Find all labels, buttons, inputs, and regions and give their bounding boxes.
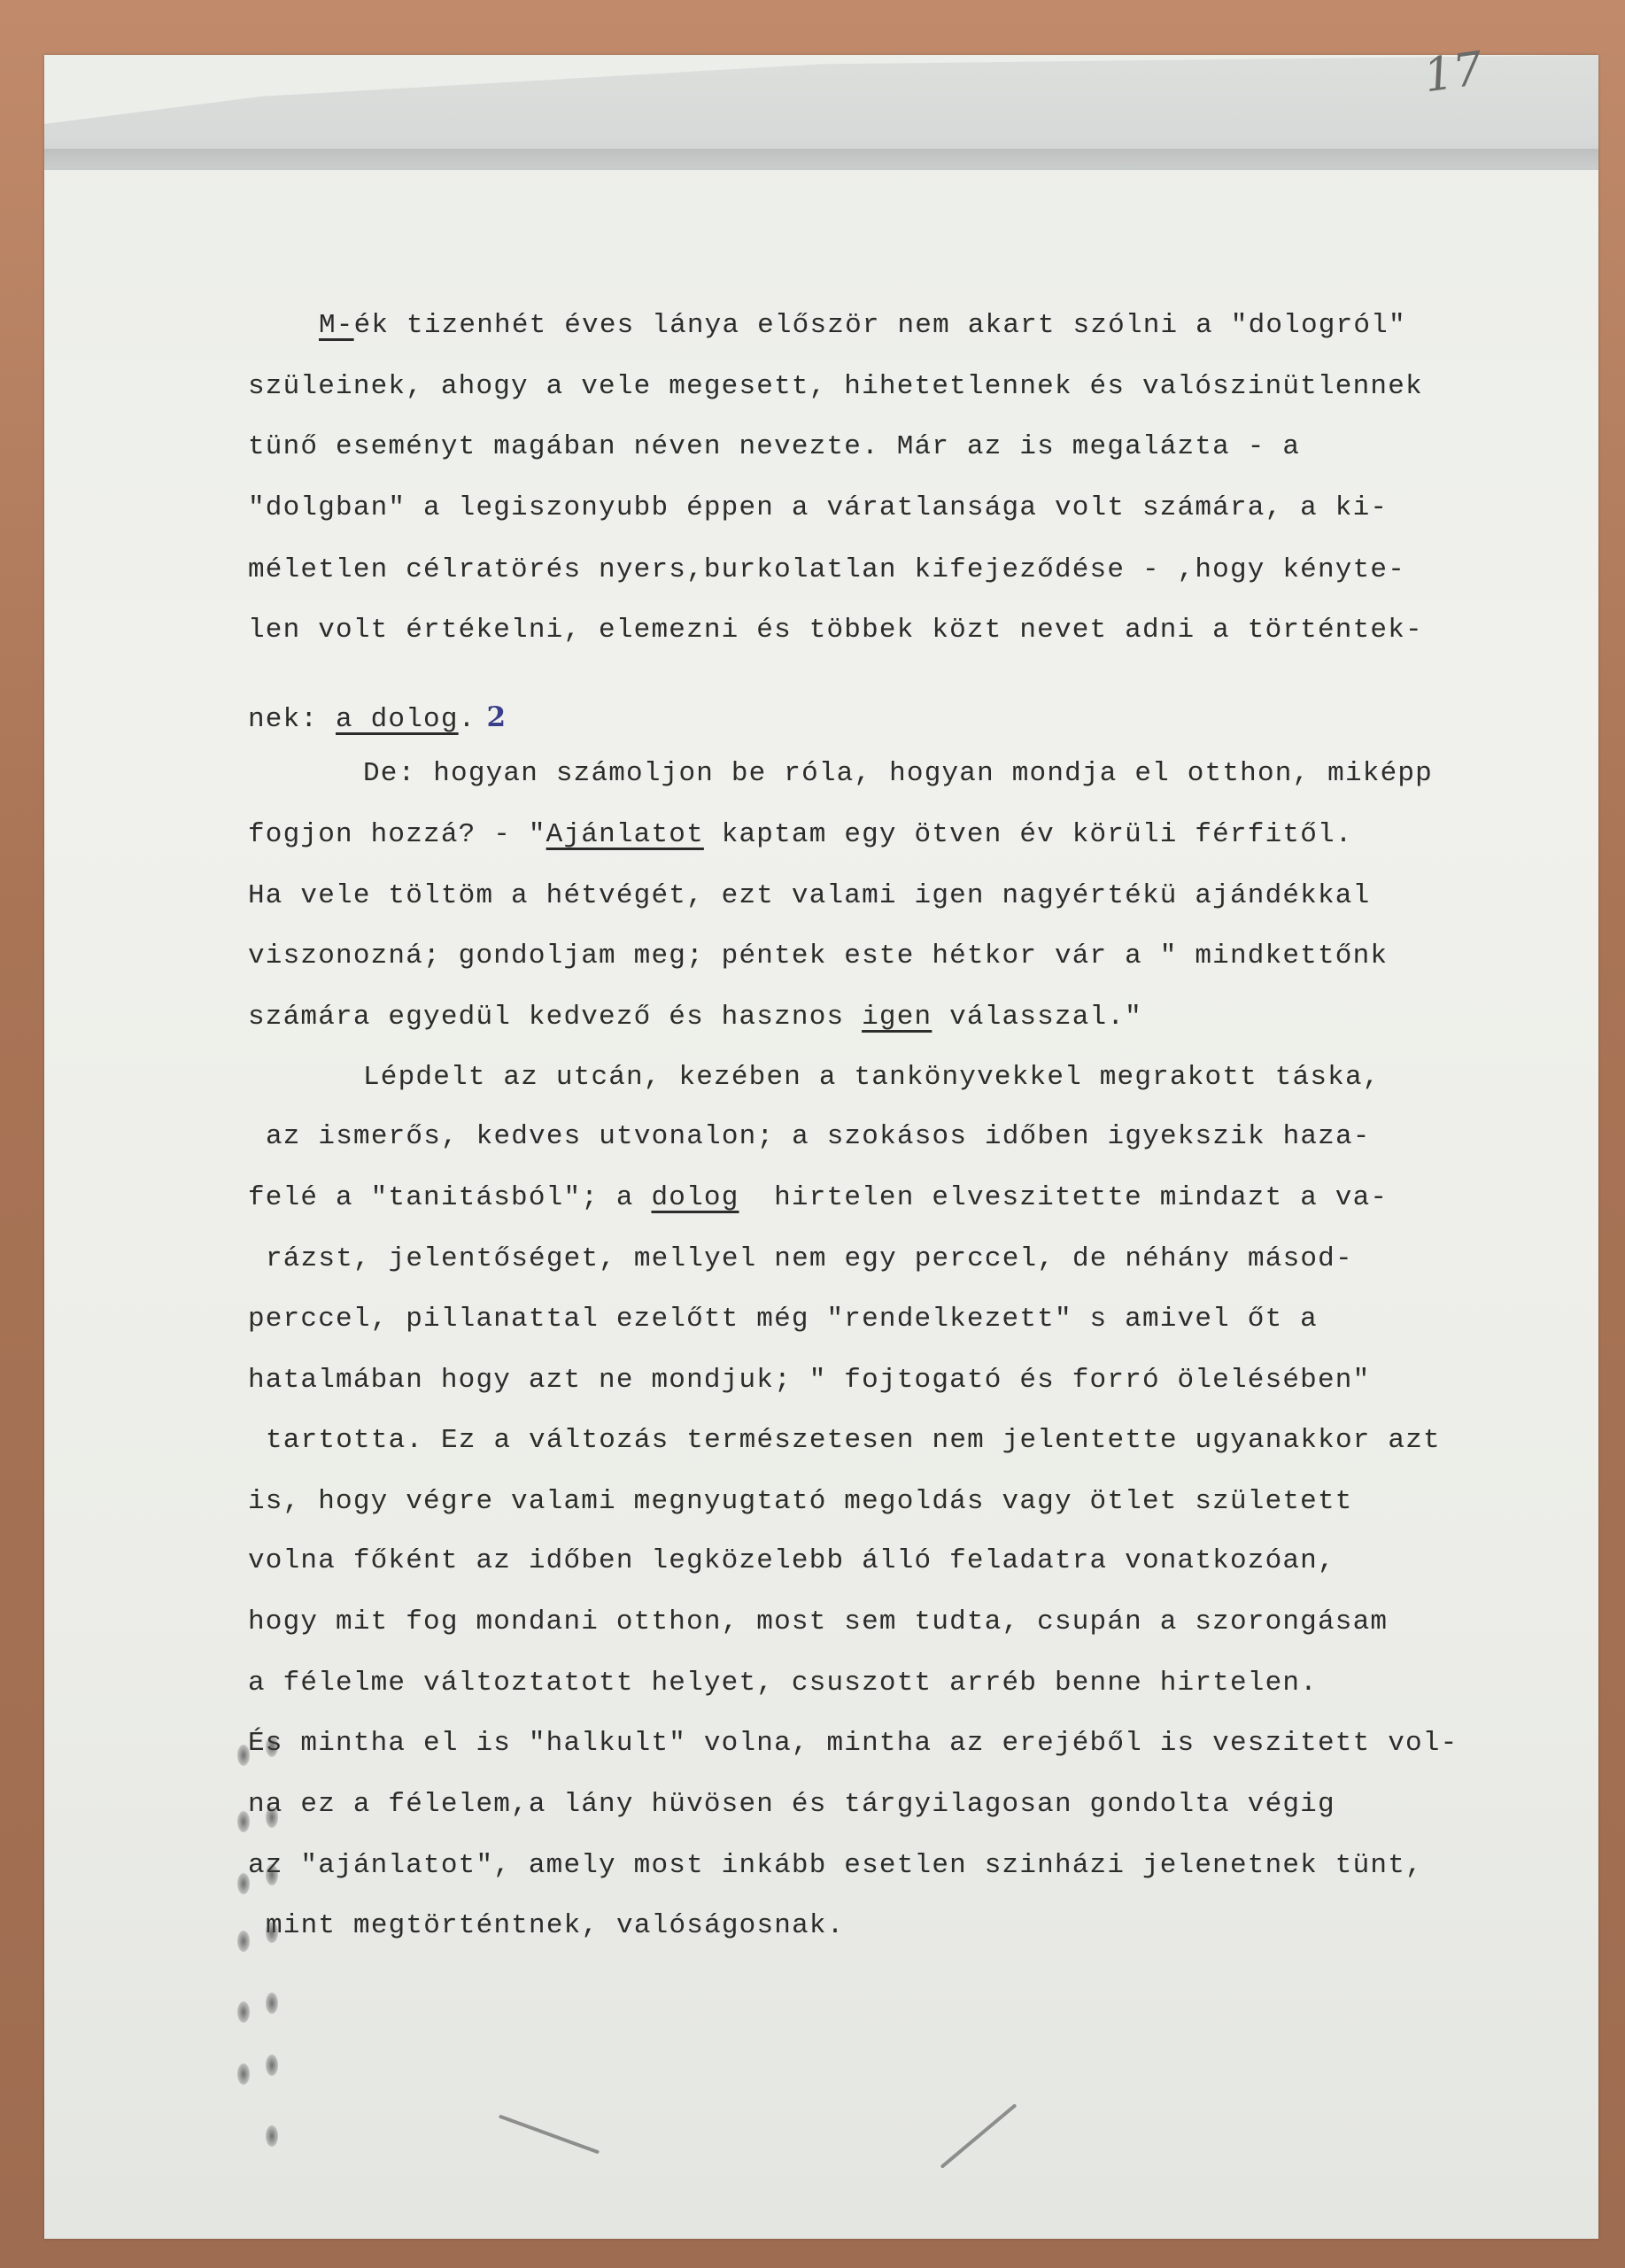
- ink-smudge: [237, 2001, 250, 2023]
- typed-line: na ez a félelem,a lány hüvösen és tárgyi…: [248, 1789, 1335, 1820]
- ink-smudge: [266, 2055, 278, 2076]
- underlined-word: Ajánlatot: [546, 819, 704, 850]
- typed-line: volna főként az időben legközelebb álló …: [248, 1545, 1335, 1576]
- typed-line: az "ajánlatot", amely most inkább esetle…: [248, 1850, 1423, 1881]
- ink-smudge: [266, 1993, 278, 2014]
- ink-smudge: [266, 1922, 278, 1943]
- underlined-word: a dolog: [336, 704, 459, 735]
- typed-line: rázst, jelentőséget, mellyel nem egy per…: [266, 1243, 1353, 1274]
- underlined-word: M-: [319, 310, 354, 341]
- typed-line: tartotta. Ez a változás természetesen ne…: [266, 1425, 1441, 1456]
- ink-smudge: [266, 1736, 278, 1757]
- handwritten-page-number: 17: [1420, 43, 1486, 104]
- typed-line: Lépdelt az utcán, kezében a tankönyvekke…: [363, 1062, 1381, 1093]
- typed-line: "dolgban" a legiszonyubb éppen a váratla…: [248, 492, 1388, 523]
- typed-line: fogjon hozzá? - "Ajánlatot kaptam egy öt…: [248, 819, 1353, 850]
- typed-line: És mintha el is "halkult" volna, mintha …: [248, 1728, 1458, 1759]
- typed-line: méletlen célratörés nyers,burkolatlan ki…: [248, 554, 1405, 585]
- typed-line: szüleinek, ahogy a vele megesett, hihete…: [248, 371, 1423, 402]
- typed-line: len volt értékelni, elemezni és többek k…: [248, 615, 1423, 646]
- ink-smudge: [266, 2125, 278, 2147]
- fold-shadow: [44, 149, 1598, 168]
- typed-line: M-ék tizenhét éves lánya először nem aka…: [319, 310, 1406, 341]
- typed-line: is, hogy végre valami megnyugtató megold…: [248, 1486, 1353, 1517]
- typed-line: felé a "tanitásból"; a dolog hirtelen el…: [248, 1182, 1388, 1213]
- typed-line: mint megtörténtnek, valóságosnak.: [266, 1910, 845, 1941]
- typed-line: az ismerős, kedves utvonalon; a szokásos…: [266, 1121, 1371, 1152]
- underlined-word: dolog: [651, 1182, 739, 1213]
- typed-line: a félelme változtatott helyet, csuszott …: [248, 1668, 1318, 1699]
- ink-smudge: [266, 1864, 278, 1885]
- typed-line: viszonozná; gondoljam meg; péntek este h…: [248, 940, 1388, 971]
- ink-smudge: [237, 2063, 250, 2085]
- ink-smudge: [237, 1811, 250, 1832]
- typed-line: tünő eseményt magában néven nevezte. Már…: [248, 431, 1300, 462]
- ink-smudge: [237, 1931, 250, 1952]
- typed-line: számára egyedül kedvező és hasznos igen …: [248, 1002, 1142, 1033]
- underlined-word: igen: [862, 1002, 932, 1033]
- ink-smudge: [266, 1807, 278, 1828]
- handwritten-footnote-mark: 2: [476, 701, 507, 733]
- typed-line: nek: a dolog. 2: [248, 701, 507, 735]
- ink-smudge: [237, 1873, 250, 1894]
- typed-line: hatalmában hogy azt ne mondjuk; " fojtog…: [248, 1365, 1370, 1396]
- ink-smudge: [237, 1745, 250, 1766]
- typed-line: De: hogyan számoljon be róla, hogyan mon…: [363, 758, 1433, 789]
- typed-line: perccel, pillanattal ezelőtt még "rendel…: [248, 1304, 1318, 1335]
- typed-line: Ha vele töltöm a hétvégét, ezt valami ig…: [248, 880, 1370, 911]
- typed-line: hogy mit fog mondani otthon, most sem tu…: [248, 1606, 1388, 1637]
